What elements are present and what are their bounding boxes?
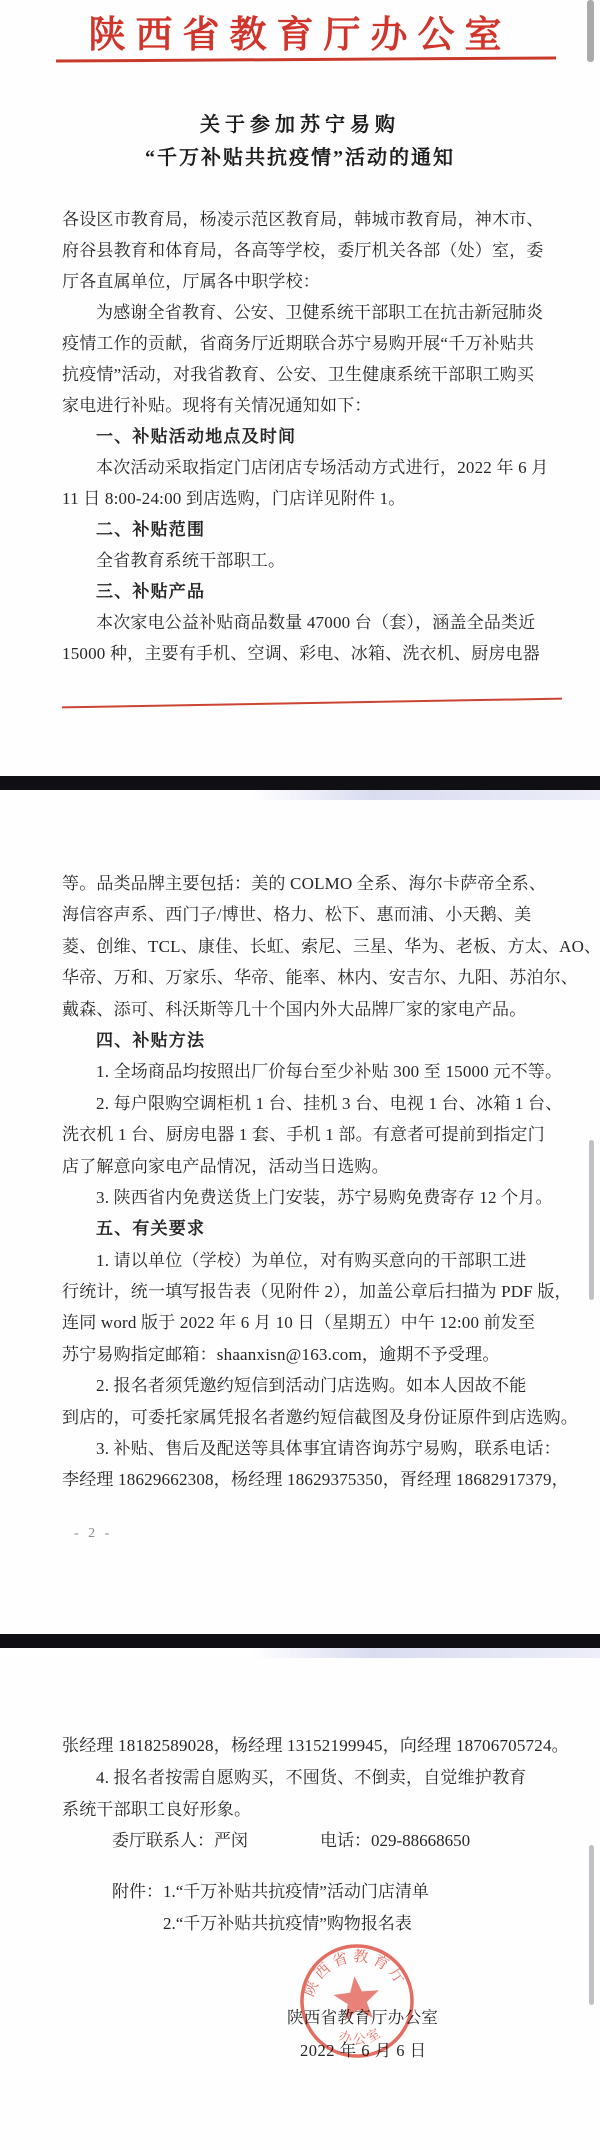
signature-date: 2022 年 6 月 6 日 [300, 2037, 427, 2061]
body-line: 15000 种，主要有手机、空调、彩电、冰箱、洗衣机、厨房电器 [62, 638, 544, 669]
body-line: 抗疫情”活动，对我省教育、公安、卫生健康系统干部职工购买 [62, 359, 544, 390]
body-line: 李经理 18629662308，杨经理 18629375350，胥经理 1868… [62, 1464, 544, 1495]
body-line: 1. 全场商品均按照出厂价每台至少补贴 300 至 15000 元不等。 [62, 1056, 544, 1087]
doc-title-line1: 关于参加苏宁易购 [0, 108, 600, 137]
section-heading: 四、补贴方法 [62, 1025, 544, 1056]
page1-footer-rule [62, 698, 562, 709]
body-line: 菱、创维、TCL、康佳、长虹、索尼、三星、华为、老板、方太、AO、 [62, 931, 544, 962]
body-line: 海信容声系、西门子/博世、格力、松下、惠而浦、小天鹅、美 [62, 899, 544, 930]
body-line: 家电进行补贴。现将有关情况通知如下： [62, 390, 544, 421]
page3-body: 张经理 18182589028，杨经理 13152199945，向经理 1870… [62, 1730, 544, 1826]
body-line: 府谷县教育和体育局，各高等学校，委厅机关各部（处）室，委 [62, 235, 544, 266]
body-line: 华帝、万和、万家乐、华帝、能率、林内、安吉尔、九阳、苏泊尔、 [62, 962, 544, 993]
body-line: 4. 报名者按需自愿购买，不囤货、不倒卖，自觉维护教育 [62, 1762, 544, 1794]
body-line: 洗衣机 1 台、厨房电器 1 套、手机 1 部。有意者可提前到指定门 [62, 1119, 544, 1150]
contact-person: 委厅联系人：严闵 [112, 1826, 248, 1851]
stitch-shadow [0, 790, 600, 800]
body-line: 到店的，可委托家属凭报名者邀约短信截图及身份证原件到店选购。 [62, 1402, 544, 1433]
body-line: 3. 陕西省内免费送货上门安装，苏宁易购免费寄存 12 个月。 [62, 1182, 544, 1213]
section-heading: 二、补贴范围 [62, 514, 544, 545]
svg-text:陕西省教育厅: 陕西省教育厅 [296, 1942, 412, 2000]
section-heading: 五、有关要求 [62, 1213, 544, 1244]
stitch-separator [0, 776, 600, 790]
body-line: 本次家电公益补贴商品数量 47000 台（套），涵盖全品类近 [62, 607, 544, 638]
body-line: 3. 补贴、售后及配送等具体事宜请咨询苏宁易购，联系电话： [62, 1433, 544, 1464]
letterhead-issuer: 陕西省教育厅办公室 [0, 4, 600, 58]
section-heading: 一、补贴活动地点及时间 [62, 421, 544, 452]
body-line: 行统计，统一填写报告表（见附件 2），加盖公章后扫描为 PDF 版， [62, 1276, 544, 1307]
body-line: 厅各直属单位，厅属各中职学校： [62, 266, 544, 297]
body-line: 张经理 18182589028，杨经理 13152199945，向经理 1870… [62, 1730, 544, 1762]
body-line: 1. 请以单位（学校）为单位，对有购买意向的干部职工进 [62, 1245, 544, 1276]
body-line: 系统干部职工良好形象。 [62, 1794, 544, 1826]
body-line: 连同 word 版于 2022 年 6 月 10 日（星期五）中午 12:00 … [62, 1307, 544, 1338]
body-line: 2. 报名者须凭邀约短信到活动门店选购。如本人因故不能 [62, 1370, 544, 1401]
body-line: 戴森、添可、科沃斯等几十个国内外大品牌厂家的家电产品。 [62, 994, 544, 1025]
page-number: - 2 - [74, 1526, 112, 1542]
scrollbar-thumb[interactable] [589, 1845, 594, 2005]
document-scan-viewer: 陕西省教育厅办公室 关于参加苏宁易购 “千万补贴共抗疫情”活动的通知 各设区市教… [0, 0, 600, 2150]
body-line: 等。品类品牌主要包括：美的 COLMO 全系、海尔卡萨帝全系、 [62, 868, 544, 899]
body-line: 本次活动采取指定门店闭店专场活动方式进行，2022 年 6 月 [62, 452, 544, 483]
signature-issuer: 陕西省教育厅办公室 [287, 2004, 438, 2028]
body-line: 店了解意向家电产品情况，活动当日选购。 [62, 1151, 544, 1182]
page1-body: 各设区市教育局，杨凌示范区教育局，韩城市教育局，神木市、 府谷县教育和体育局，各… [62, 204, 544, 669]
contact-phone: 电话：029-88668650 [320, 1826, 470, 1851]
body-line: 2. 每户限购空调柜机 1 台、挂机 3 台、电视 1 台、冰箱 1 台、 [62, 1088, 544, 1119]
body-line: 各设区市教育局，杨凌示范区教育局，韩城市教育局，神木市、 [62, 204, 544, 235]
stitch-shadow [0, 1648, 600, 1658]
body-line: 疫情工作的贡献，省商务厅近期联合苏宁易购开展“千万补贴共 [62, 328, 544, 359]
attachment-item-1: 附件：1.“千万补贴共抗疫情”活动门店清单 [112, 1877, 429, 1902]
doc-title-line2: “千万补贴共抗疫情”活动的通知 [0, 141, 600, 170]
section-heading: 三、补贴产品 [62, 576, 544, 607]
body-line: 全省教育系统干部职工。 [62, 545, 544, 576]
scrollbar-thumb[interactable] [589, 1140, 594, 1300]
body-line: 为感谢全省教育、公安、卫健系统干部职工在抗击新冠肺炎 [62, 297, 544, 328]
attachment-item-2: 2.“千万补贴共抗疫情”购物报名表 [163, 1909, 412, 1934]
seal-text-top: 陕西省教育厅 [296, 1942, 412, 2000]
body-line: 苏宁易购指定邮箱：shaanxisn@163.com，逾期不予受理。 [62, 1339, 544, 1370]
page2-body: 等。品类品牌主要包括：美的 COLMO 全系、海尔卡萨帝全系、 海信容声系、西门… [62, 868, 544, 1496]
body-line: 11 日 8:00-24:00 到店选购，门店详见附件 1。 [62, 483, 544, 514]
stitch-separator [0, 1634, 600, 1648]
